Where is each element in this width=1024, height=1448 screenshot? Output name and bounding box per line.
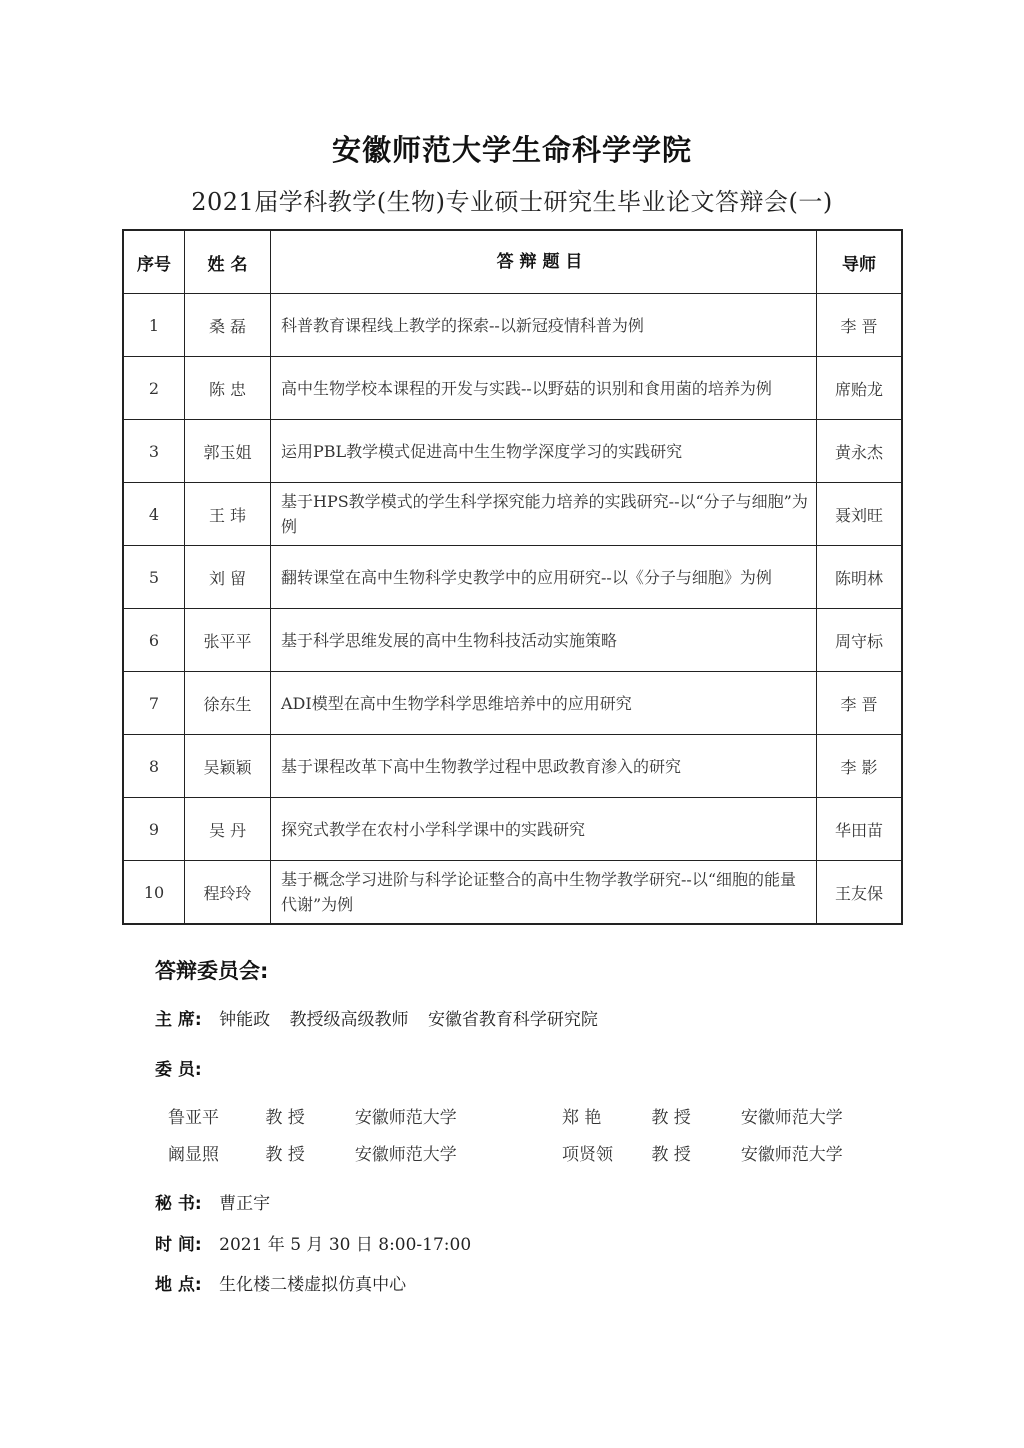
chair-line: 主 席: 钟能政 教授级高级教师 安徽省教育科学研究院	[155, 1005, 598, 1030]
student-name: 徐东生	[185, 672, 271, 735]
location-line: 地 点: 生化楼二楼虚拟仿真中心	[155, 1270, 406, 1295]
table-row: 9 吴 丹 探究式教学在农村小学科学课中的实践研究 华田苗	[123, 798, 902, 861]
committee-member: 郑 艳 教 授 安徽师范大学	[562, 1103, 843, 1128]
committee-member: 阚显照 教 授 安徽师范大学	[168, 1140, 457, 1165]
chair-title: 教授级高级教师	[290, 1010, 409, 1030]
committee-member: 鲁亚平 教 授 安徽师范大学	[168, 1103, 457, 1128]
secretary-name: 曹正宇	[219, 1194, 270, 1214]
row-number: 10	[123, 861, 185, 925]
advisor-name: 聂刘旺	[817, 483, 903, 546]
member-name: 项贤领	[562, 1140, 646, 1165]
thesis-topic: 高中生物学校本课程的开发与实践--以野菇的识别和食用菌的培养为例	[271, 357, 817, 420]
chair-label: 主 席:	[155, 1010, 202, 1030]
col-header-name: 姓 名	[185, 230, 271, 294]
advisor-name: 黄永杰	[817, 420, 903, 483]
student-name: 郭玉姐	[185, 420, 271, 483]
advisor-name: 李 晋	[817, 294, 903, 357]
thesis-topic: 基于概念学习进阶与科学论证整合的高中生物学教学研究--以“细胞的能量代谢”为例	[271, 861, 817, 925]
student-name: 刘 留	[185, 546, 271, 609]
member-title: 教 授	[651, 1103, 735, 1128]
time-line: 时 间: 2021 年 5 月 30 日 8:00-17:00	[155, 1230, 471, 1255]
row-number: 7	[123, 672, 185, 735]
institution-title: 安徽师范大学生命科学学院	[0, 128, 1024, 169]
row-number: 2	[123, 357, 185, 420]
thesis-topic: 基于HPS教学模式的学生科学探究能力培养的实践研究--以“分子与细胞”为例	[271, 483, 817, 546]
member-title: 教 授	[265, 1140, 349, 1165]
row-number: 4	[123, 483, 185, 546]
defense-location: 生化楼二楼虚拟仿真中心	[219, 1275, 406, 1295]
member-title: 教 授	[265, 1103, 349, 1128]
table-row: 6 张平平 基于科学思维发展的高中生物科技活动实施策略 周守标	[123, 609, 902, 672]
defense-schedule-table: 序号 姓 名 答 辩 题 目 导师 1 桑 磊 科普教育课程线上教学的探索--以…	[122, 229, 903, 925]
col-header-topic: 答 辩 题 目	[271, 230, 817, 294]
thesis-topic: 运用PBL教学模式促进高中生生物学深度学习的实践研究	[271, 420, 817, 483]
members-label-line: 委 员:	[155, 1055, 202, 1080]
event-subtitle: 2021届学科教学(生物)专业硕士研究生毕业论文答辩会(一)	[0, 182, 1024, 217]
advisor-name: 陈明林	[817, 546, 903, 609]
advisor-name: 华田苗	[817, 798, 903, 861]
advisor-name: 王友保	[817, 861, 903, 925]
table-row: 10 程玲玲 基于概念学习进阶与科学论证整合的高中生物学教学研究--以“细胞的能…	[123, 861, 902, 925]
row-number: 8	[123, 735, 185, 798]
student-name: 张平平	[185, 609, 271, 672]
thesis-topic: ADI模型在高中生物学科学思维培养中的应用研究	[271, 672, 817, 735]
table-row: 8 吴颖颖 基于课程改革下高中生物教学过程中思政教育渗入的研究 李 影	[123, 735, 902, 798]
student-name: 王 玮	[185, 483, 271, 546]
member-org: 安徽师范大学	[355, 1103, 457, 1128]
member-title: 教 授	[651, 1140, 735, 1165]
student-name: 吴颖颖	[185, 735, 271, 798]
member-name: 鲁亚平	[168, 1103, 260, 1128]
thesis-topic: 基于科学思维发展的高中生物科技活动实施策略	[271, 609, 817, 672]
row-number: 9	[123, 798, 185, 861]
defense-time: 2021 年 5 月 30 日 8:00-17:00	[219, 1235, 471, 1255]
table-row: 7 徐东生 ADI模型在高中生物学科学思维培养中的应用研究 李 晋	[123, 672, 902, 735]
table-row: 3 郭玉姐 运用PBL教学模式促进高中生生物学深度学习的实践研究 黄永杰	[123, 420, 902, 483]
member-org: 安徽师范大学	[355, 1140, 457, 1165]
location-label: 地 点:	[155, 1275, 202, 1295]
col-header-advisor: 导师	[817, 230, 903, 294]
student-name: 陈 忠	[185, 357, 271, 420]
chair-org: 安徽省教育科学研究院	[428, 1010, 598, 1030]
row-number: 3	[123, 420, 185, 483]
row-number: 6	[123, 609, 185, 672]
student-name: 吴 丹	[185, 798, 271, 861]
table-row: 4 王 玮 基于HPS教学模式的学生科学探究能力培养的实践研究--以“分子与细胞…	[123, 483, 902, 546]
student-name: 桑 磊	[185, 294, 271, 357]
member-org: 安徽师范大学	[741, 1140, 843, 1165]
chair-name: 钟能政	[219, 1010, 270, 1030]
members-label: 委 员:	[155, 1060, 202, 1080]
student-name: 程玲玲	[185, 861, 271, 925]
thesis-topic: 科普教育课程线上教学的探索--以新冠疫情科普为例	[271, 294, 817, 357]
secretary-label: 秘 书:	[155, 1194, 202, 1214]
secretary-line: 秘 书: 曹正宇	[155, 1189, 270, 1214]
advisor-name: 席贻龙	[817, 357, 903, 420]
row-number: 1	[123, 294, 185, 357]
advisor-name: 周守标	[817, 609, 903, 672]
member-name: 阚显照	[168, 1140, 260, 1165]
committee-member: 项贤领 教 授 安徽师范大学	[562, 1140, 843, 1165]
member-org: 安徽师范大学	[741, 1103, 843, 1128]
row-number: 5	[123, 546, 185, 609]
advisor-name: 李 晋	[817, 672, 903, 735]
table-row: 5 刘 留 翻转课堂在高中生物科学史教学中的应用研究--以《分子与细胞》为例 陈…	[123, 546, 902, 609]
thesis-topic: 基于课程改革下高中生物教学过程中思政教育渗入的研究	[271, 735, 817, 798]
time-label: 时 间:	[155, 1235, 202, 1255]
advisor-name: 李 影	[817, 735, 903, 798]
thesis-topic: 翻转课堂在高中生物科学史教学中的应用研究--以《分子与细胞》为例	[271, 546, 817, 609]
member-name: 郑 艳	[562, 1103, 646, 1128]
committee-heading: 答辩委员会:	[155, 955, 268, 985]
col-header-number: 序号	[123, 230, 185, 294]
table-header-row: 序号 姓 名 答 辩 题 目 导师	[123, 230, 902, 294]
thesis-topic: 探究式教学在农村小学科学课中的实践研究	[271, 798, 817, 861]
table-row: 2 陈 忠 高中生物学校本课程的开发与实践--以野菇的识别和食用菌的培养为例 席…	[123, 357, 902, 420]
table-row: 1 桑 磊 科普教育课程线上教学的探索--以新冠疫情科普为例 李 晋	[123, 294, 902, 357]
